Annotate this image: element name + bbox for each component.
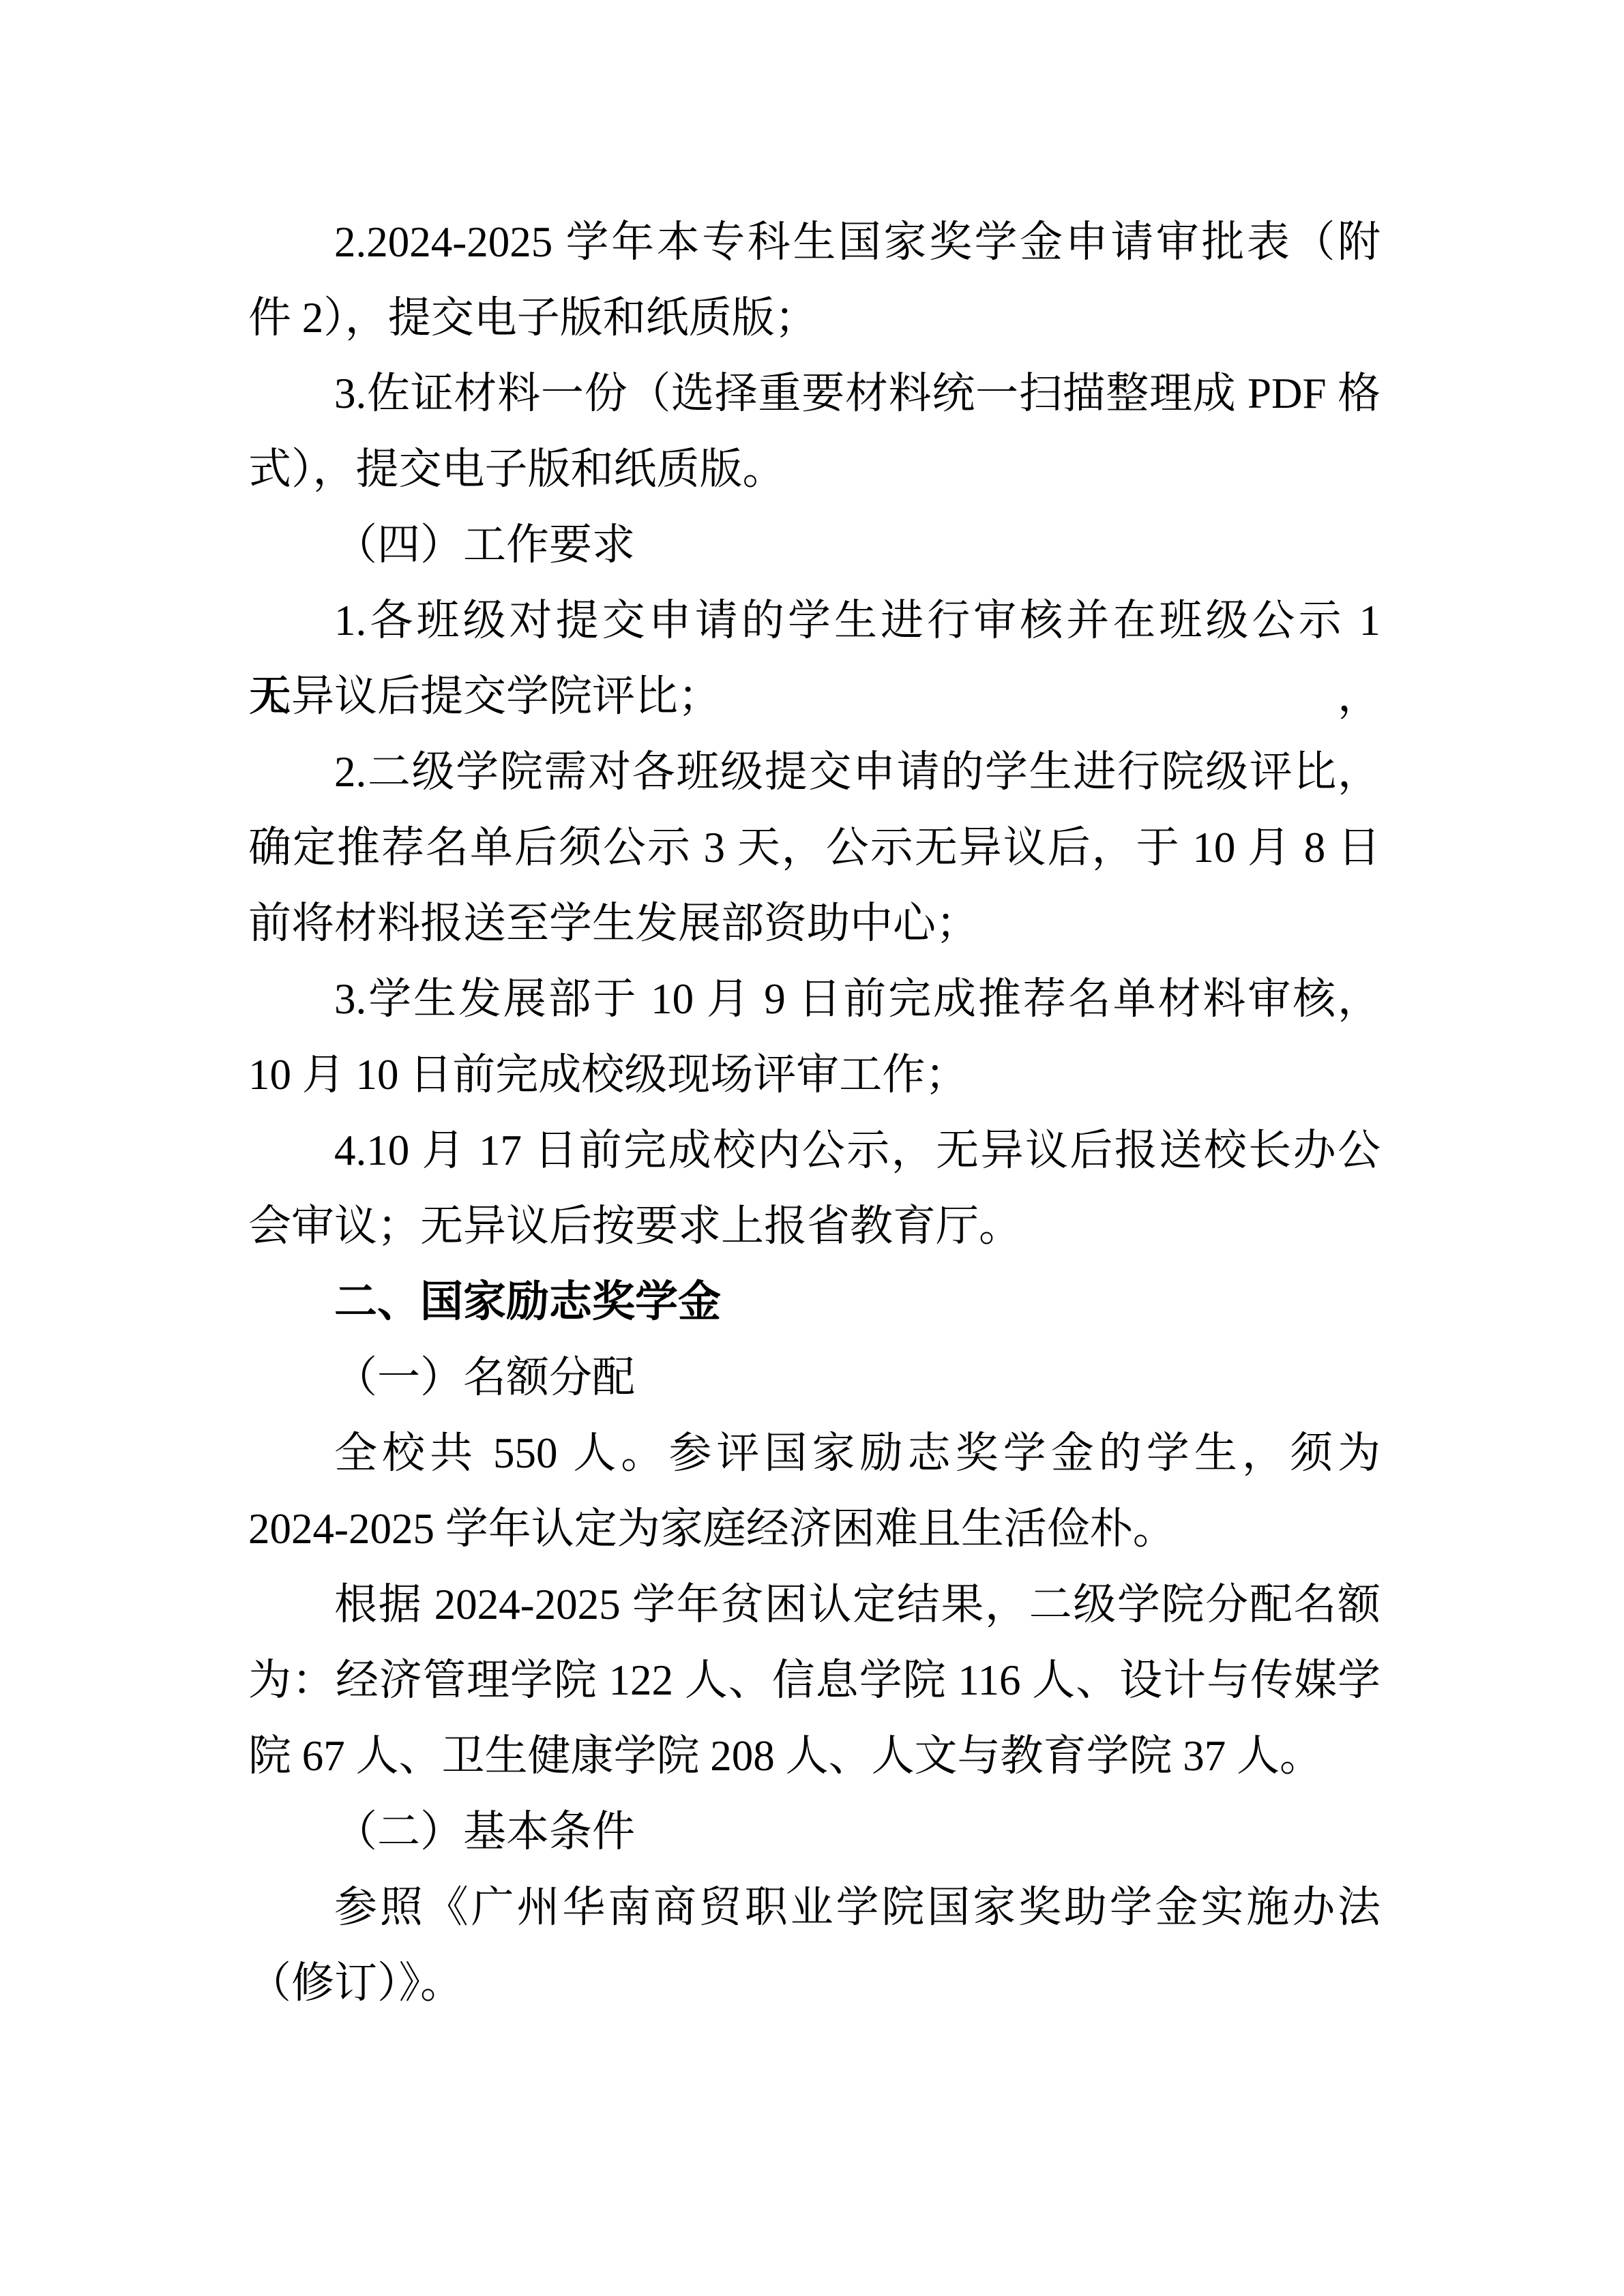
body-text-line: 前将材料报送至学生发展部资助中心； — [248, 886, 1381, 961]
subsection-heading-basic-conditions: （二）基本条件 — [248, 1794, 1381, 1870]
body-text-line: 参照《广州华南商贸职业学院国家奖助学金实施办法 — [248, 1870, 1381, 1945]
body-text-line: 件 2），提交电子版和纸质版； — [248, 280, 1381, 356]
body-text-line: 会审议；无异议后按要求上报省教育厅。 — [248, 1189, 1381, 1264]
body-text-line: 式），提交电子版和纸质版。 — [248, 432, 1381, 507]
body-text-line: 院 67 人、卫生健康学院 208 人、人文与教育学院 37 人。 — [248, 1718, 1381, 1794]
body-text-line: 2.二级学院需对各班级提交申请的学生进行院级评比， — [248, 734, 1381, 810]
body-text-line: 3.佐证材料一份（选择重要材料统一扫描整理成 PDF 格 — [248, 356, 1381, 432]
body-text-line: 10 月 10 日前完成校级现场评审工作； — [248, 1037, 1381, 1113]
body-text-line: 4.10 月 17 日前完成校内公示，无异议后报送校长办公 — [248, 1113, 1381, 1189]
body-text-line: 1.各班级对提交申请的学生进行审核并在班级公示 1 天， — [248, 583, 1381, 659]
document-page: 2.2024-2025 学年本专科生国家奖学金申请审批表（附 件 2），提交电子… — [0, 0, 1624, 2296]
subsection-heading-work-requirements: （四）工作要求 — [248, 507, 1381, 583]
subsection-heading-quota-allocation: （一）名额分配 — [248, 1340, 1381, 1416]
body-text-line: 为：经济管理学院 122 人、信息学院 116 人、设计与传媒学 — [248, 1643, 1381, 1718]
body-text-line: 全校共 550 人。参评国家励志奖学金的学生，须为 — [248, 1416, 1381, 1491]
document-text-block: 2.2024-2025 学年本专科生国家奖学金申请审批表（附 件 2），提交电子… — [248, 205, 1381, 2021]
body-text-line: 2.2024-2025 学年本专科生国家奖学金申请审批表（附 — [248, 205, 1381, 280]
body-text-line: 根据 2024-2025 学年贫困认定结果，二级学院分配名额 — [248, 1567, 1381, 1643]
body-text-line: 2024-2025 学年认定为家庭经济困难且生活俭朴。 — [248, 1491, 1381, 1567]
body-text-line: 确定推荐名单后须公示 3 天，公示无异议后，于 10 月 8 日 — [248, 810, 1381, 886]
body-text-line: （修订）》。 — [248, 1945, 1381, 2021]
section-heading-national-endeavor-scholarship: 二、国家励志奖学金 — [248, 1264, 1381, 1340]
body-text-line: 3.学生发展部于 10 月 9 日前完成推荐名单材料审核， — [248, 961, 1381, 1037]
